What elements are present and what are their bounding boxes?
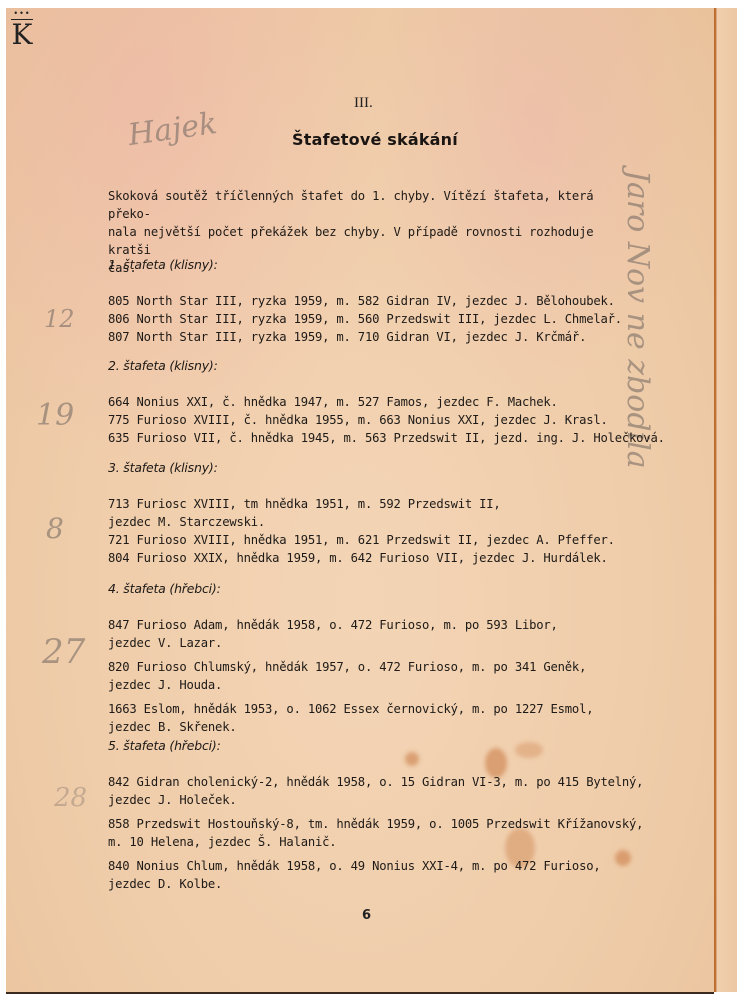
page-number: 6 (362, 908, 371, 923)
entry-line: 847 Furioso Adam, hnědák 1958, o. 472 Fu… (108, 616, 648, 634)
logo-letter: K (11, 21, 33, 49)
section-title: 3. štafeta (klisny): (108, 459, 648, 477)
entry-line: 775 Furioso XVIII, č. hnědka 1955, m. 66… (108, 411, 648, 429)
entry-line: 806 North Star III, ryzka 1959, m. 560 P… (108, 310, 648, 328)
handwritten-number: 19 (36, 398, 74, 433)
entry-line: 713 Furiosc XVIII, tm hnědka 1951, m. 59… (108, 495, 648, 513)
watermark-logo: ••• K (11, 10, 33, 46)
handwritten-number: 12 (44, 305, 75, 333)
entry-line: jezdec J. Holeček. (108, 791, 648, 809)
entry-line: 804 Furioso XXIX, hnědka 1959, m. 642 Fu… (108, 549, 648, 567)
handwritten-number: 27 (42, 632, 85, 672)
entry-line: 664 Nonius XXI, č. hnědka 1947, m. 527 F… (108, 393, 648, 411)
section-title: 5. štafeta (hřebci): (108, 737, 648, 755)
relay-section-3: 3. štafeta (klisny): 713 Furiosc XVIII, … (108, 459, 648, 567)
entry-line: 842 Gidran cholenický-2, hnědák 1958, o.… (108, 773, 648, 791)
section-title: 1. štafeta (klisny): (108, 256, 648, 274)
entry-line: jezdec M. Starczewski. (108, 513, 648, 531)
relay-section-5: 5. štafeta (hřebci): 842 Gidran cholenic… (108, 737, 648, 893)
entry-line: jezdec J. Houda. (108, 676, 648, 694)
entry-line: 840 Nonius Chlum, hnědák 1958, o. 49 Non… (108, 857, 648, 875)
next-page-edge (714, 8, 737, 992)
section-title: 4. štafeta (hřebci): (108, 580, 648, 598)
entry-line: 635 Furioso VII, č. hnědka 1945, m. 563 … (108, 429, 648, 447)
page-title: Štafetové skákání (292, 131, 458, 149)
entry-line: 805 North Star III, ryzka 1959, m. 582 G… (108, 292, 648, 310)
handwritten-number: 8 (46, 512, 64, 545)
entry-line: jezdec B. Skřenek. (108, 718, 648, 736)
entry-line: 807 North Star III, ryzka 1959, m. 710 G… (108, 328, 648, 346)
handwritten-number: 28 (54, 783, 87, 813)
intro-line: nala největší počet překážek bez chyby. … (108, 223, 628, 259)
relay-section-4: 4. štafeta (hřebci): 847 Furioso Adam, h… (108, 580, 648, 736)
entry-line: 1663 Eslom, hnědák 1953, o. 1062 Essex č… (108, 700, 648, 718)
chapter-number: III. (354, 94, 373, 112)
entry-line: 721 Furioso XVIII, hnědka 1951, m. 621 P… (108, 531, 648, 549)
entry-line: jezdec V. Lazar. (108, 634, 648, 652)
entry-line: 858 Przedswit Hostouňský-8, tm. hnědák 1… (108, 815, 648, 833)
section-title: 2. štafeta (klisny): (108, 357, 648, 375)
entry-line: m. 10 Helena, jezdec Š. Halanič. (108, 833, 648, 851)
relay-section-2: 2. štafeta (klisny): 664 Nonius XXI, č. … (108, 357, 648, 447)
entry-line: jezdec D. Kolbe. (108, 875, 648, 893)
intro-line: Skoková soutěž tříčlenných štafet do 1. … (108, 187, 628, 223)
relay-section-1: 1. štafeta (klisny): 805 North Star III,… (108, 256, 648, 346)
logo-dots: ••• (11, 10, 33, 18)
entry-line: 820 Furioso Chlumský, hnědák 1957, o. 47… (108, 658, 648, 676)
